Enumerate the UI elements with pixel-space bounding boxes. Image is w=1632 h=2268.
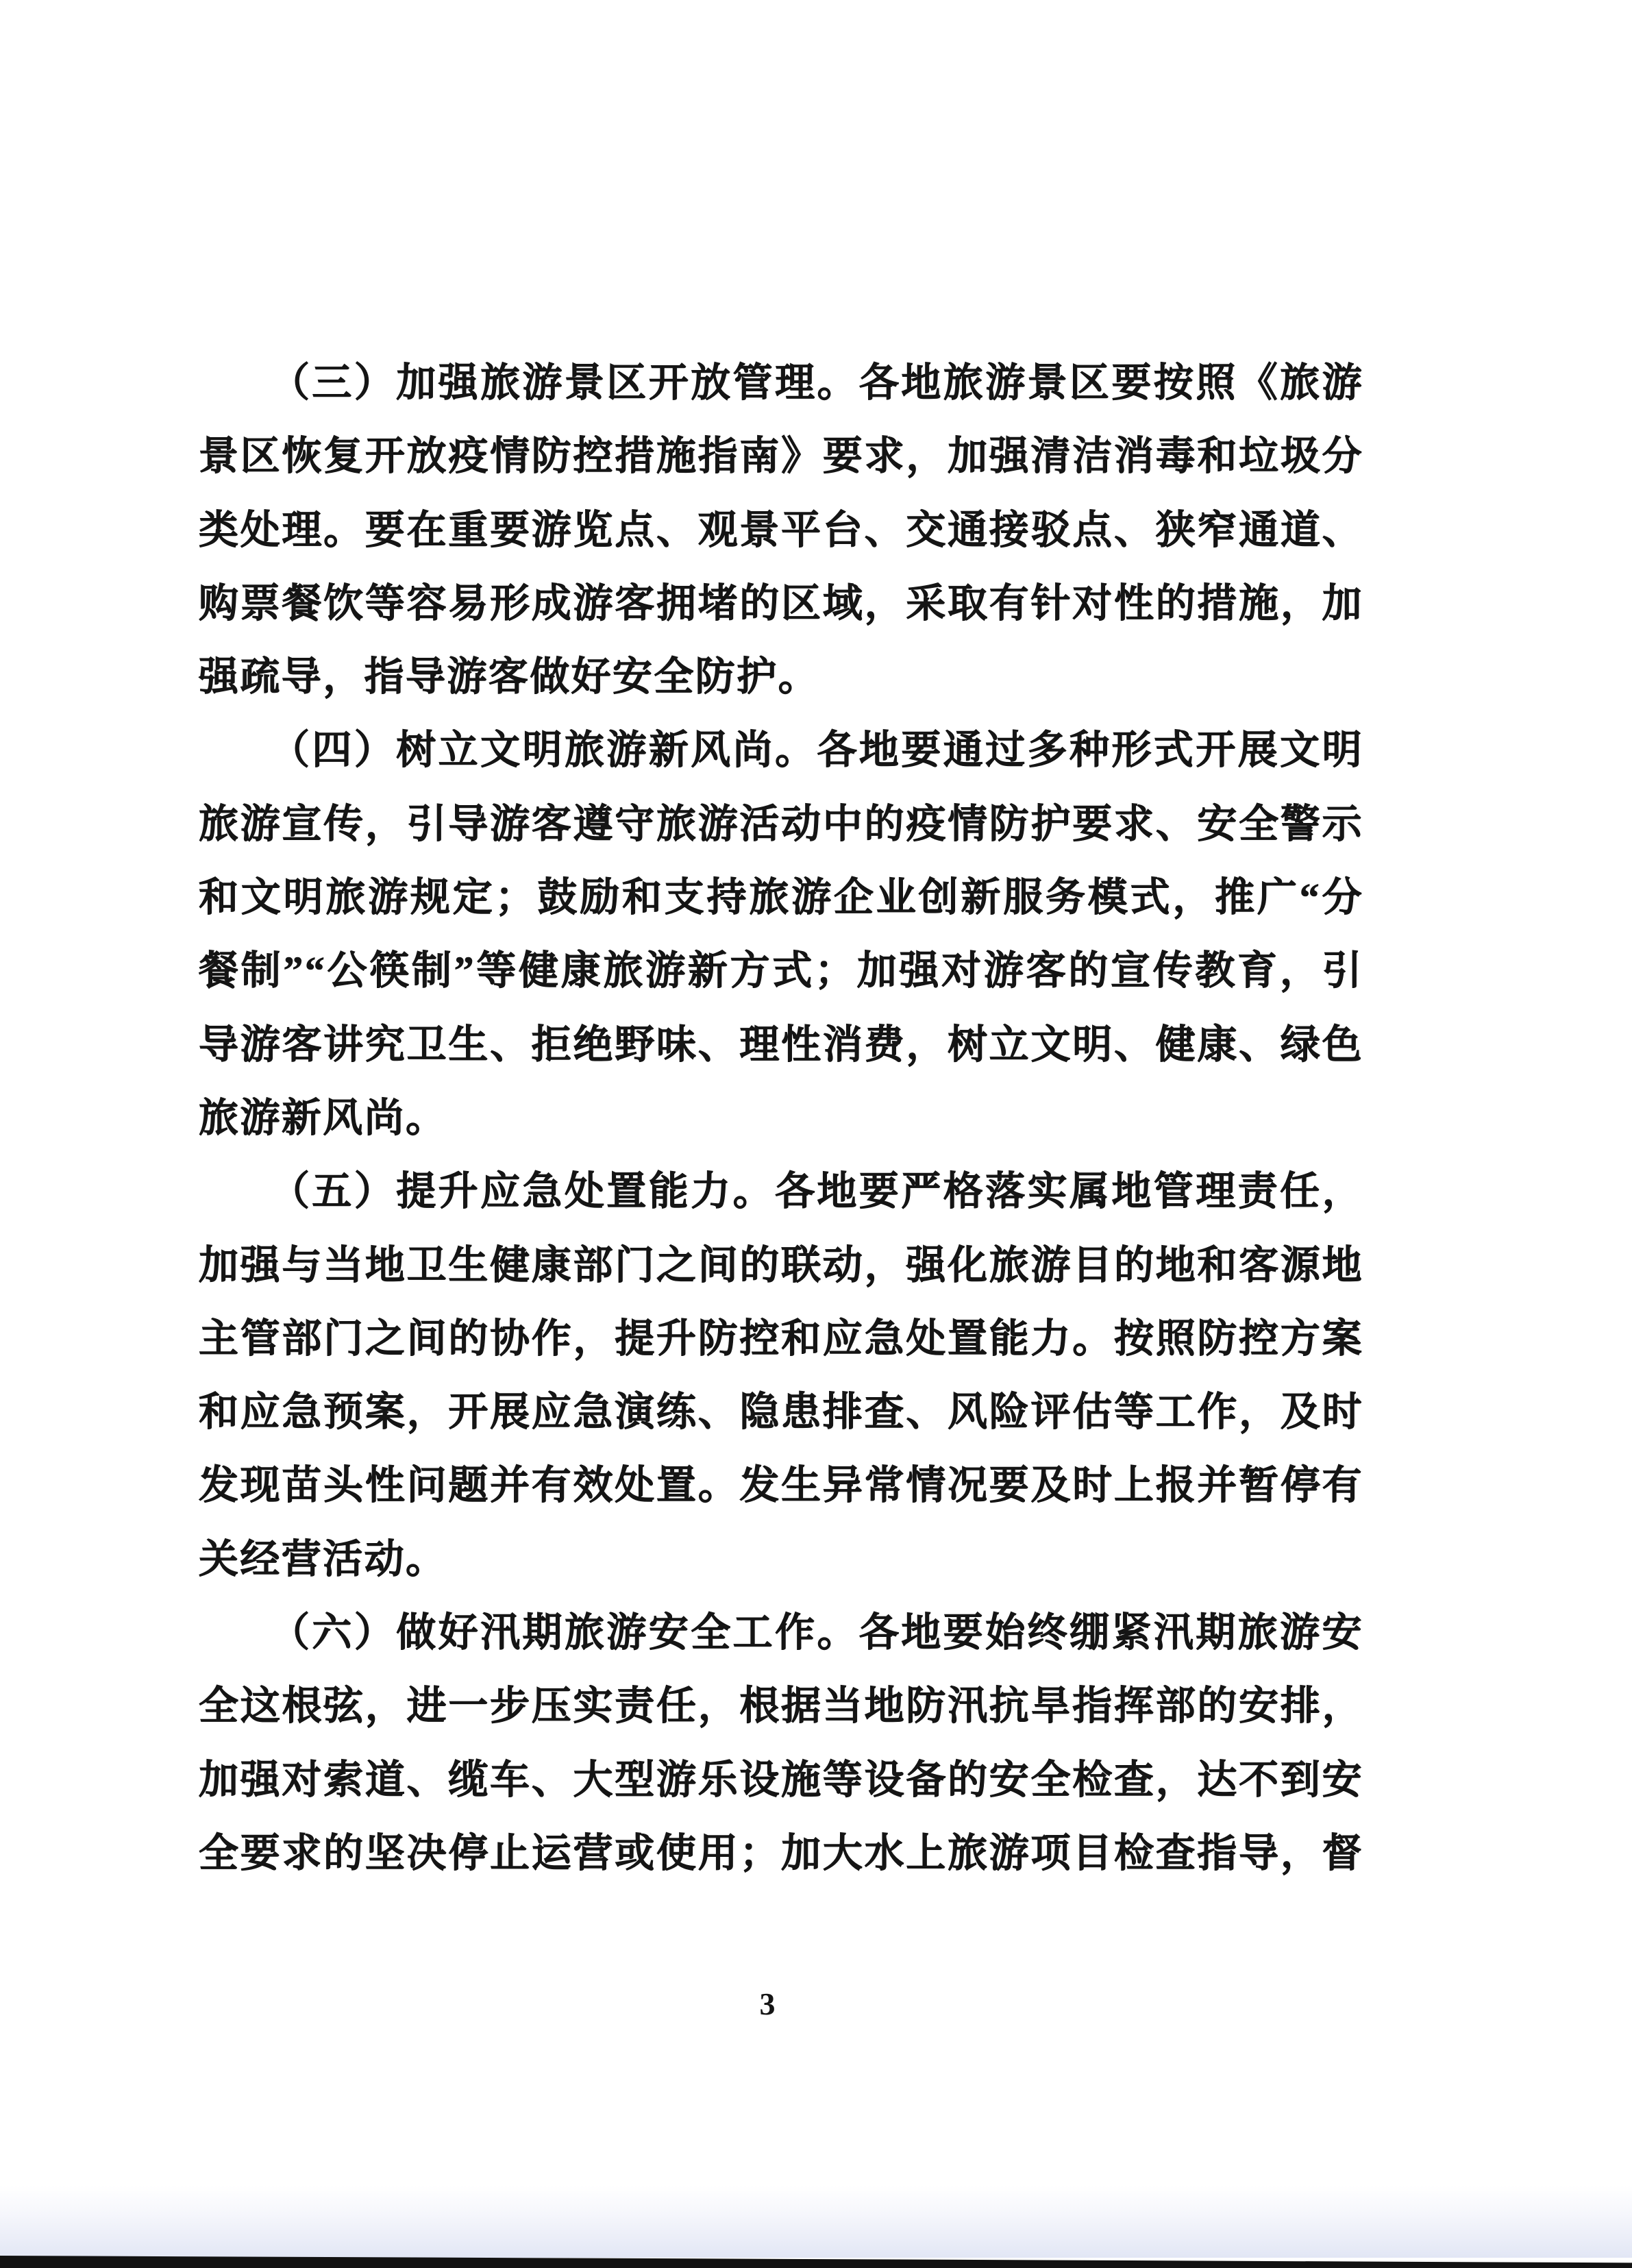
text-line: （三）加强旅游景区开放管理。各地旅游景区要按照《旅游: [199, 346, 1363, 419]
text-line: （六）做好汛期旅游安全工作。各地要始终绷紧汛期旅游安: [199, 1596, 1363, 1669]
text-line: 类处理。要在重要游览点、观景平台、交通接驳点、狭窄通道、: [199, 493, 1363, 567]
text-line: 旅游新风尚。: [199, 1081, 1363, 1155]
text-line: 景区恢复开放疫情防控措施指南》要求，加强清洁消毒和垃圾分: [199, 419, 1363, 493]
text-line: 发现苗头性问题并有效处置。发生异常情况要及时上报并暂停有: [199, 1449, 1363, 1522]
page-number: 3: [726, 1986, 808, 2022]
text-line: 关经营活动。: [199, 1523, 1363, 1596]
text-line: 加强与当地卫生健康部门之间的联动，强化旅游目的地和客源地: [199, 1229, 1363, 1302]
scan-noise-band: [0, 2186, 1632, 2258]
text-line: 购票餐饮等容易形成游客拥堵的区域，采取有针对性的措施，加: [199, 567, 1363, 640]
text-line: 强疏导，指导游客做好安全防护。: [199, 640, 1363, 713]
text-line: 导游客讲究卫生、拒绝野味、理性消费，树立文明、健康、绿色: [199, 1008, 1363, 1081]
text-line: 全要求的坚决停止运营或使用；加大水上旅游项目检查指导，督: [199, 1816, 1363, 1890]
text-line: 主管部门之间的协作，提升防控和应急处置能力。按照防控方案: [199, 1302, 1363, 1375]
text-line: 旅游宣传，引导游客遵守旅游活动中的疫情防护要求、安全警示: [199, 787, 1363, 861]
document-body: （三）加强旅游景区开放管理。各地旅游景区要按照《旅游景区恢复开放疫情防控措施指南…: [199, 346, 1363, 1890]
text-line: （四）树立文明旅游新风尚。各地要通过多种形式开展文明: [199, 713, 1363, 787]
text-line: 全这根弦，进一步压实责任，根据当地防汛抗旱指挥部的安排，: [199, 1669, 1363, 1742]
text-line: 和应急预案，开展应急演练、隐患排查、风险评估等工作，及时: [199, 1375, 1363, 1449]
text-line: 餐制”“公筷制”等健康旅游新方式；加强对游客的宣传教育，引: [199, 934, 1363, 1007]
document-page: （三）加强旅游景区开放管理。各地旅游景区要按照《旅游景区恢复开放疫情防控措施指南…: [0, 0, 1632, 2268]
text-line: 和文明旅游规定；鼓励和支持旅游企业创新服务模式，推广“分: [199, 861, 1363, 934]
text-line: 加强对索道、缆车、大型游乐设施等设备的安全检查，达不到安: [199, 1743, 1363, 1816]
text-line: （五）提升应急处置能力。各地要严格落实属地管理责任，: [199, 1155, 1363, 1228]
